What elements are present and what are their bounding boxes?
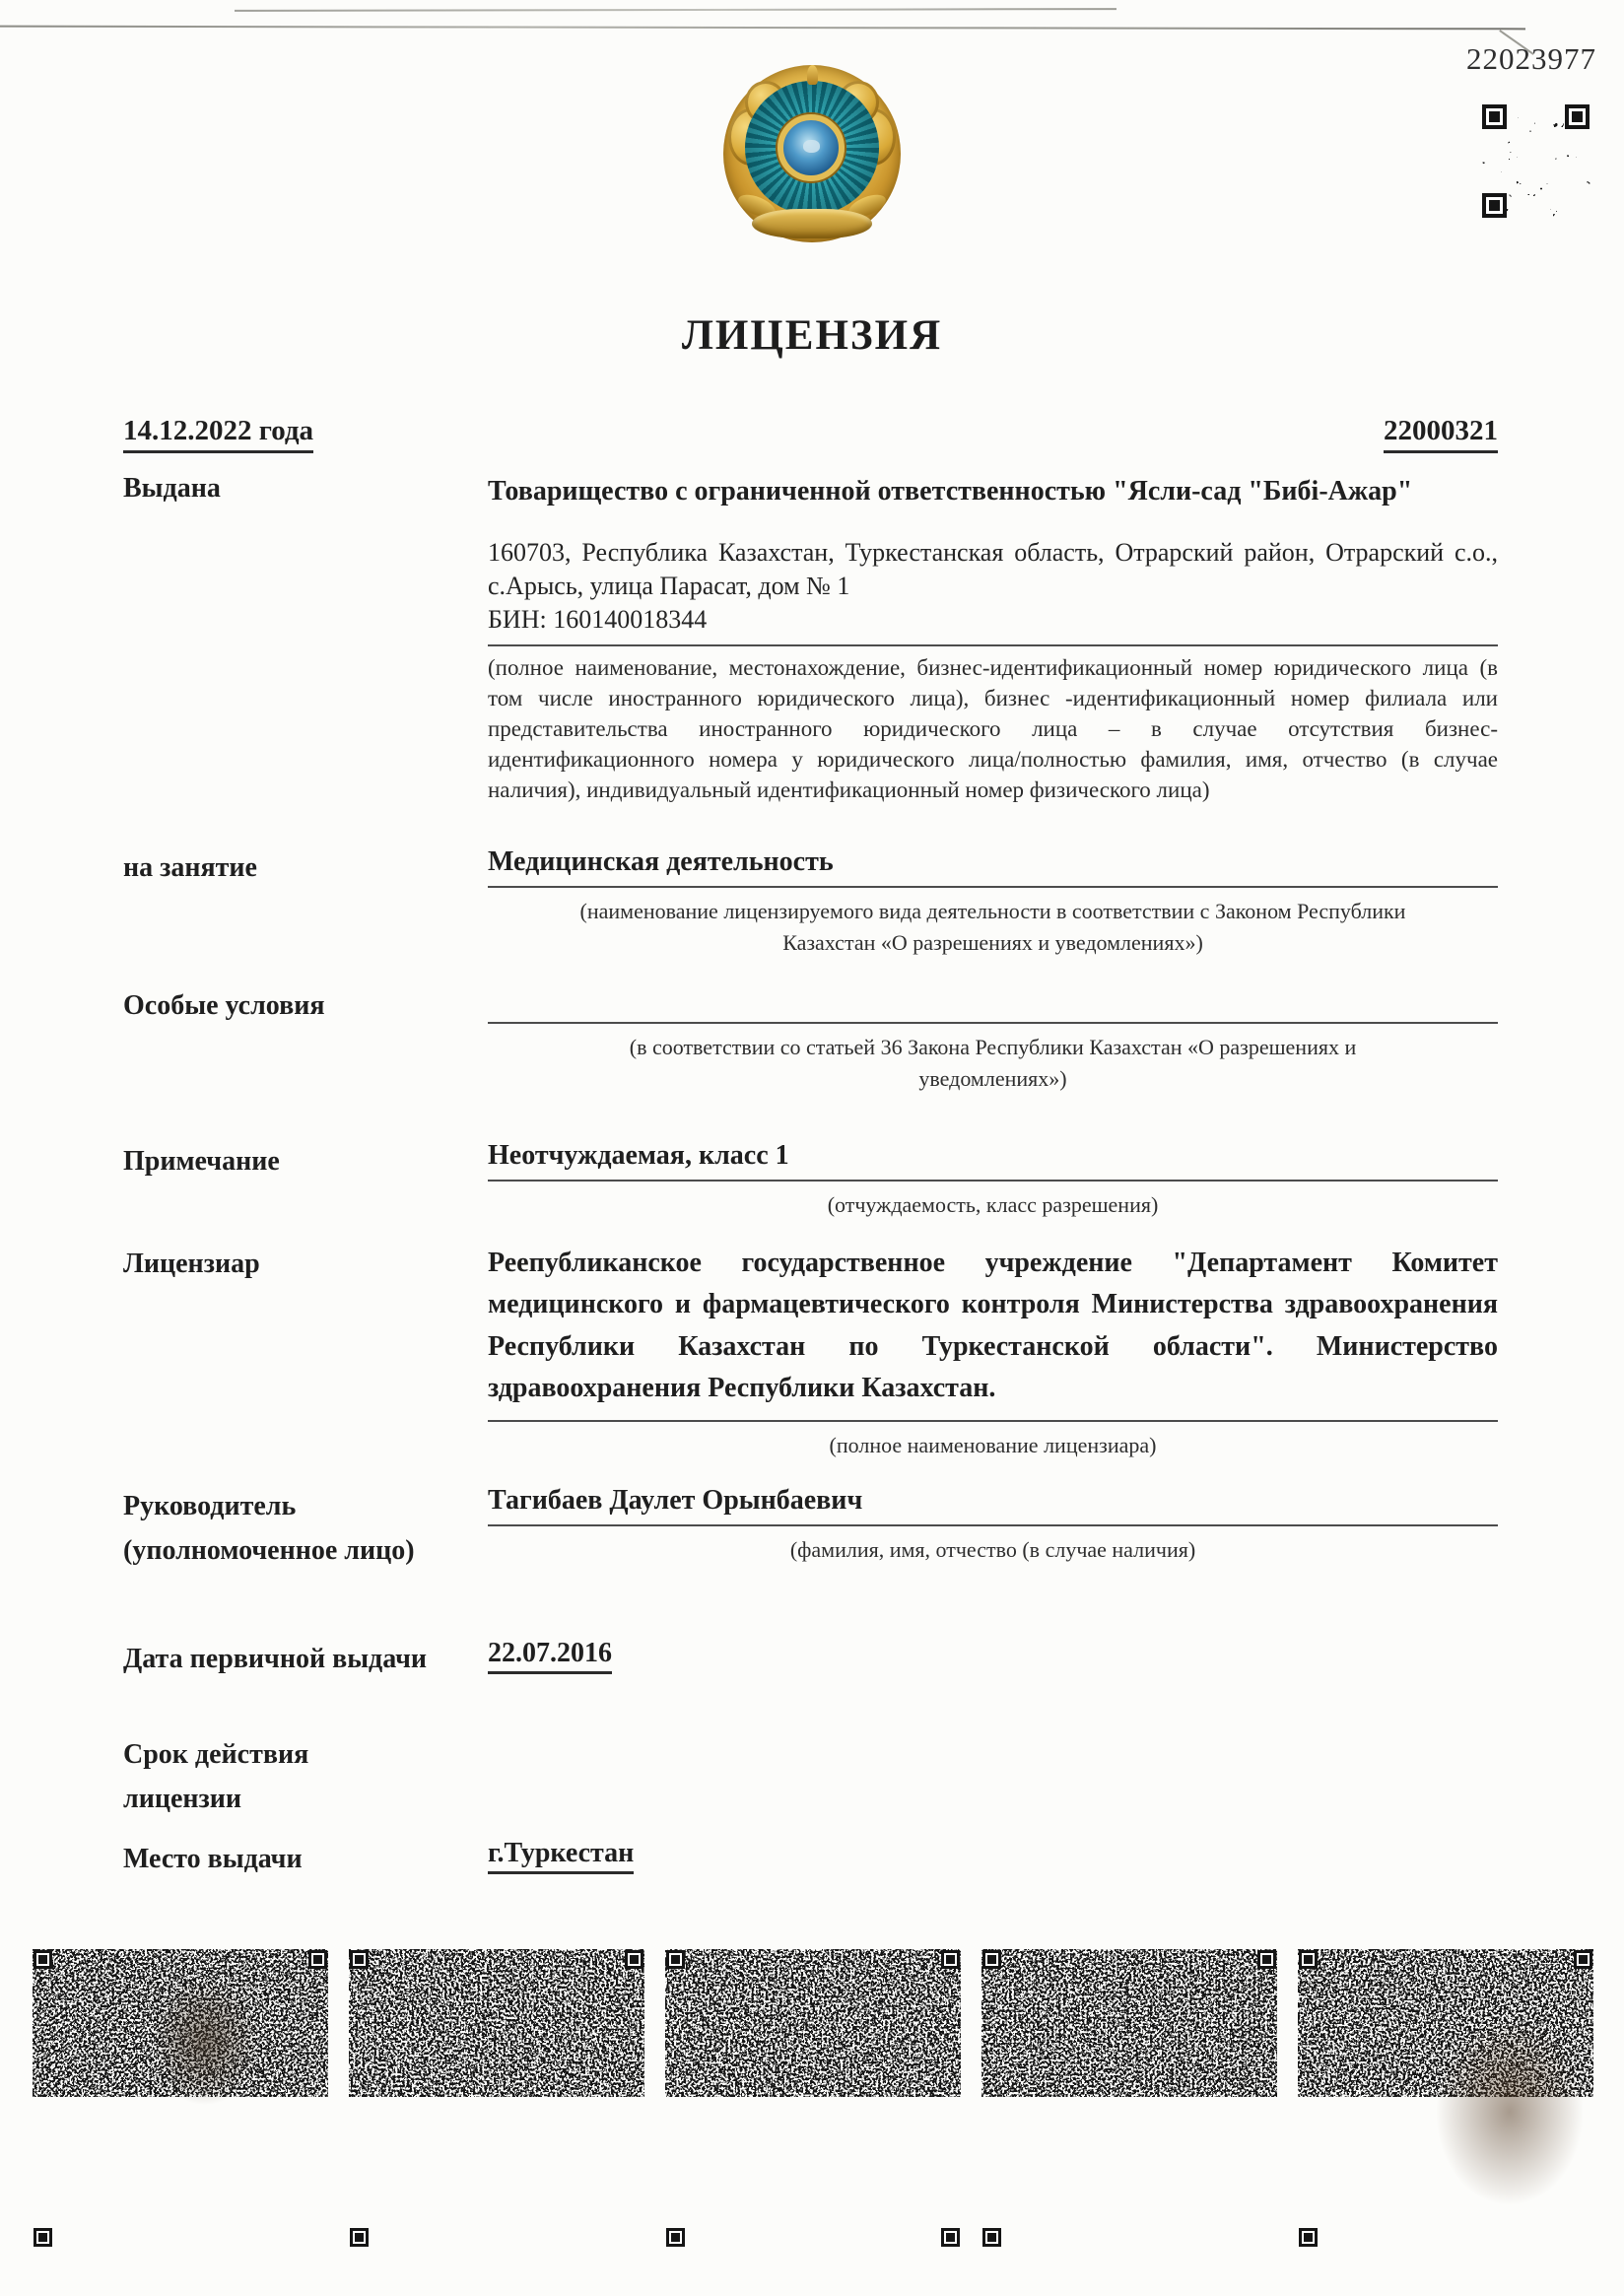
stamp-finder-icon bbox=[982, 1950, 1001, 1969]
qr-finder-icon bbox=[1565, 104, 1590, 129]
scan-artifact-line bbox=[235, 8, 1116, 12]
remark-note: (отчуждаемость, класс разрешения) bbox=[488, 1189, 1498, 1221]
issue-place-value: г.Туркестан bbox=[488, 1838, 634, 1874]
stamp-finder-icon bbox=[666, 2228, 685, 2247]
licensor-value: Реепубликанское государственное учрежден… bbox=[488, 1243, 1498, 1422]
emblem-banner bbox=[752, 209, 872, 238]
qr-finder-icon bbox=[1482, 104, 1507, 129]
company-bin: БИН: 160140018344 bbox=[488, 605, 1498, 635]
head-value: Тагибаев Даулет Орынбаевич bbox=[488, 1485, 1498, 1526]
field-row-activity: на занятие Медицинская деятельность (наи… bbox=[123, 846, 1498, 959]
noise-barcode-stamp bbox=[349, 1949, 644, 2248]
special-conditions-note: (в соответствии со статьей 36 Закона Рес… bbox=[604, 1032, 1383, 1095]
issue-date: 14.12.2022 года bbox=[123, 415, 313, 453]
qr-finder-icon bbox=[1482, 193, 1507, 218]
stamp-finder-icon bbox=[625, 1950, 643, 1969]
field-row-licensor: Лицензиар Реепубликанское государственно… bbox=[123, 1243, 1498, 1461]
activity-note: (наименование лицензируемого вида деятел… bbox=[550, 896, 1437, 959]
stamp-finder-icon bbox=[982, 2228, 1001, 2247]
date-and-number-row: 14.12.2022 года 22000321 bbox=[123, 415, 1498, 453]
validity-value bbox=[335, 1733, 1345, 1822]
field-row-first-issue-date: Дата первичной выдачи 22.07.2016 bbox=[123, 1638, 1498, 1682]
licensor-note: (полное наименование лицензиара) bbox=[488, 1430, 1498, 1461]
activity-label: на занятие bbox=[123, 846, 488, 959]
noise-barcode-stamp bbox=[1298, 1949, 1593, 2248]
noise-barcode-stamp bbox=[665, 1949, 961, 2248]
field-row-issue-place: Место выдачи г.Туркестан bbox=[123, 1838, 1498, 1882]
license-document-page: 22023977 ЛИЦЕНЗИЯ 14.12.2022 года 220003… bbox=[0, 0, 1624, 2296]
stamp-finder-icon bbox=[1257, 1950, 1276, 1969]
activity-value: Медицинская деятельность bbox=[488, 846, 1498, 888]
stamp-finder-icon bbox=[941, 2228, 960, 2247]
kazakhstan-coat-of-arms-icon bbox=[723, 65, 901, 242]
company-name: Товарищество с ограниченной ответственно… bbox=[488, 467, 1498, 516]
emblem-shanyrak bbox=[778, 114, 845, 181]
special-conditions-label: Особые условия bbox=[123, 984, 488, 1095]
noise-barcode-stamp bbox=[981, 1949, 1277, 2248]
issued-to-label: Выдана bbox=[123, 467, 488, 805]
serial-number: 22023977 bbox=[1466, 41, 1596, 77]
stamp-finder-icon bbox=[1299, 1950, 1318, 1969]
qr-code-icon bbox=[1480, 102, 1591, 220]
head-note: (фамилия, имя, отчество (в случае наличи… bbox=[488, 1534, 1498, 1566]
remark-value: Неотчуждаемая, класс 1 bbox=[488, 1140, 1498, 1182]
head-label: Руководитель (уполномоченное лицо) bbox=[123, 1485, 488, 1574]
stamp-finder-icon bbox=[350, 1950, 369, 1969]
license-number: 22000321 bbox=[1384, 415, 1498, 453]
stamp-finder-icon bbox=[350, 2228, 369, 2247]
stamp-finder-icon bbox=[666, 1950, 685, 1969]
validity-label: Срок действия лицензии bbox=[123, 1733, 335, 1822]
remark-label: Примечание bbox=[123, 1140, 488, 1221]
noise-barcode-stamp bbox=[33, 1949, 328, 2248]
document-title: ЛИЦЕНЗИЯ bbox=[0, 311, 1624, 360]
field-row-issued-to: Выдана Товарищество с ограниченной ответ… bbox=[123, 467, 1498, 805]
stamp-finder-icon bbox=[941, 1950, 960, 1969]
stamp-finder-icon bbox=[1299, 2228, 1318, 2247]
stamp-finder-icon bbox=[34, 2228, 52, 2247]
first-issue-date-value: 22.07.2016 bbox=[488, 1638, 612, 1674]
special-conditions-value bbox=[488, 984, 1498, 1024]
stamp-finder-icon bbox=[1574, 1950, 1592, 1969]
field-row-remark: Примечание Неотчуждаемая, класс 1 (отчуж… bbox=[123, 1140, 1498, 1221]
company-address: 160703, Республика Казахстан, Туркестанс… bbox=[488, 536, 1498, 603]
first-issue-date-label: Дата первичной выдачи bbox=[123, 1638, 488, 1682]
issue-place-label: Место выдачи bbox=[123, 1838, 488, 1882]
stamp-finder-icon bbox=[34, 1950, 52, 1969]
issued-to-note: (полное наименование, местонахождение, б… bbox=[488, 644, 1498, 805]
document-body: 14.12.2022 года 22000321 Выдана Товарище… bbox=[0, 415, 1624, 1882]
field-row-special-conditions: Особые условия (в соответствии со статье… bbox=[123, 984, 1498, 1095]
stamp-finder-icon bbox=[308, 1950, 327, 1969]
field-row-head: Руководитель (уполномоченное лицо) Тагиб… bbox=[123, 1485, 1498, 1574]
licensor-label: Лицензиар bbox=[123, 1243, 488, 1461]
emblem-crest bbox=[807, 65, 818, 85]
field-row-validity: Срок действия лицензии bbox=[123, 1733, 1498, 1822]
scan-artifact-line bbox=[0, 26, 1525, 31]
